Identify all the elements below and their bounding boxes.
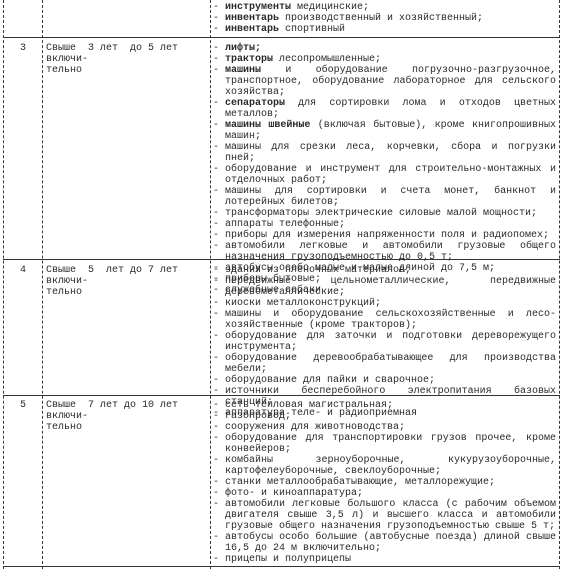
asset-item: приборы для измерения напряженности поля… — [213, 230, 556, 241]
asset-item: оборудование для пайки и сварочное; — [213, 375, 556, 386]
asset-keyword: машины — [225, 65, 261, 76]
asset-description: станки металлообрабатывающие, металлореж… — [225, 477, 495, 488]
asset-description: производственный и хозяйственный; — [279, 13, 483, 24]
asset-keyword: инвентарь — [225, 13, 279, 24]
table-border-right — [559, 0, 560, 569]
asset-item: машины и оборудование сельскохозяйственн… — [213, 309, 556, 331]
row-number: 5 — [4, 400, 42, 411]
asset-item: сооружения для животноводства; — [213, 422, 556, 433]
asset-keyword: инвентарь — [225, 24, 279, 35]
asset-description: киоски металлоконструкций; — [225, 298, 381, 309]
asset-item: передвижные цельнометаллические, передви… — [213, 276, 556, 298]
asset-item: автобусы особо большие (автобусные поезд… — [213, 532, 556, 554]
asset-description: и оборудование погрузочно-разгрузочное, … — [225, 65, 556, 98]
asset-keyword: сепараторы — [225, 98, 285, 109]
table-border-left — [3, 0, 4, 569]
asset-list: здания из пленочных материалов;передвижн… — [213, 265, 556, 419]
asset-item: оборудование и инструмент для строительн… — [213, 164, 556, 186]
asset-keyword: инструменты — [225, 2, 291, 13]
asset-item: оборудование деревообрабатывающее для пр… — [213, 353, 556, 375]
asset-description: сеть тепловая магистральная; — [225, 400, 393, 411]
column-divider-2 — [210, 0, 211, 569]
asset-description: фото- и киноаппаратура; — [225, 488, 363, 499]
asset-description: оборудование для транспортировки грузов … — [225, 433, 556, 455]
row-divider — [3, 37, 560, 38]
document-page: инструменты медицинские;инвентарь произв… — [0, 0, 563, 569]
row-divider — [3, 566, 560, 567]
asset-item: автомобили легковые и автомобили грузовы… — [213, 241, 556, 263]
asset-description: прицепы и полуприцепы — [225, 554, 351, 565]
asset-item: комбайны зерноуборочные, кукурузоуборочн… — [213, 455, 556, 477]
asset-item: аппараты телефонные; — [213, 219, 556, 230]
asset-item: трансформаторы электрические силовые мал… — [213, 208, 556, 219]
asset-item: машины для срезки леса, корчевки, сбора … — [213, 142, 556, 164]
asset-list: инструменты медицинские;инвентарь произв… — [213, 2, 556, 35]
asset-description: оборудование для пайки и сварочное; — [225, 375, 435, 386]
depreciation-period: Свыше 3 лет до 5 лет включи- тельно — [46, 43, 206, 76]
asset-item: здания из пленочных материалов; — [213, 265, 556, 276]
row-number: 4 — [4, 265, 42, 276]
asset-description: приборы для измерения напряженности поля… — [225, 230, 549, 241]
asset-list: лифты;тракторы лесопромышленные;машины и… — [213, 43, 556, 296]
asset-item: станки металлообрабатывающие, металлореж… — [213, 477, 556, 488]
column-divider-1 — [42, 0, 43, 569]
asset-description: лесопромышленные; — [273, 54, 381, 65]
asset-description: автомобили легковые большого класса (с р… — [225, 499, 556, 532]
asset-description: комбайны зерноуборочные, кукурузоуборочн… — [225, 455, 556, 477]
asset-item: прицепы и полуприцепы — [213, 554, 556, 565]
asset-description: машины для срезки леса, корчевки, сбора … — [225, 142, 556, 164]
asset-description: здания из пленочных материалов; — [225, 265, 411, 276]
asset-item: инструменты медицинские; — [213, 2, 556, 13]
asset-item: машины и оборудование погрузочно-разгруз… — [213, 65, 556, 98]
asset-item: оборудование для транспортировки грузов … — [213, 433, 556, 455]
asset-item: машины швейные (включая бытовые), кроме … — [213, 120, 556, 142]
asset-item: тракторы лесопромышленные; — [213, 54, 556, 65]
asset-item: сеть тепловая магистральная; — [213, 400, 556, 411]
asset-list: сеть тепловая магистральная;газопровод;с… — [213, 400, 556, 565]
asset-item: фото- и киноаппаратура; — [213, 488, 556, 499]
asset-description: медицинские; — [291, 2, 369, 13]
asset-description: оборудование для заточки и подготовки де… — [225, 331, 556, 353]
asset-item: лифты; — [213, 43, 556, 54]
asset-description: автобусы особо большие (автобусные поезд… — [225, 532, 556, 554]
asset-item: сепараторы для сортировки лома и отходов… — [213, 98, 556, 120]
asset-description: спортивный — [279, 24, 345, 35]
row-number: 3 — [4, 43, 42, 54]
asset-item: инвентарь производственный и хозяйственн… — [213, 13, 556, 24]
asset-item: киоски металлоконструкций; — [213, 298, 556, 309]
asset-description: оборудование деревообрабатывающее для пр… — [225, 353, 556, 375]
asset-description: передвижные цельнометаллические, передви… — [225, 276, 556, 298]
asset-keyword: машины швейные — [225, 120, 310, 131]
asset-description: автомобили легковые и автомобили грузовы… — [225, 241, 556, 263]
asset-description: трансформаторы электрические силовые мал… — [225, 208, 537, 219]
asset-description: аппараты телефонные; — [225, 219, 345, 230]
asset-item: машины для сортировки и счета монет, бан… — [213, 186, 556, 208]
asset-description: машины для сортировки и счета монет, бан… — [225, 186, 556, 208]
asset-description: сооружения для животноводства; — [225, 422, 405, 433]
asset-description: оборудование и инструмент для строительн… — [225, 164, 556, 186]
asset-description: газопровод; — [225, 411, 291, 422]
asset-item: оборудование для заточки и подготовки де… — [213, 331, 556, 353]
asset-description: машины и оборудование сельскохозяйственн… — [225, 309, 556, 331]
depreciation-period: Свыше 5 лет до 7 лет включи- тельно — [46, 265, 206, 298]
asset-keyword: лифты; — [225, 43, 261, 54]
depreciation-period: Свыше 7 лет до 10 лет включи- тельно — [46, 400, 206, 433]
asset-item: автомобили легковые большого класса (с р… — [213, 499, 556, 532]
asset-item: инвентарь спортивный — [213, 24, 556, 35]
asset-item: газопровод; — [213, 411, 556, 422]
asset-keyword: тракторы — [225, 54, 273, 65]
